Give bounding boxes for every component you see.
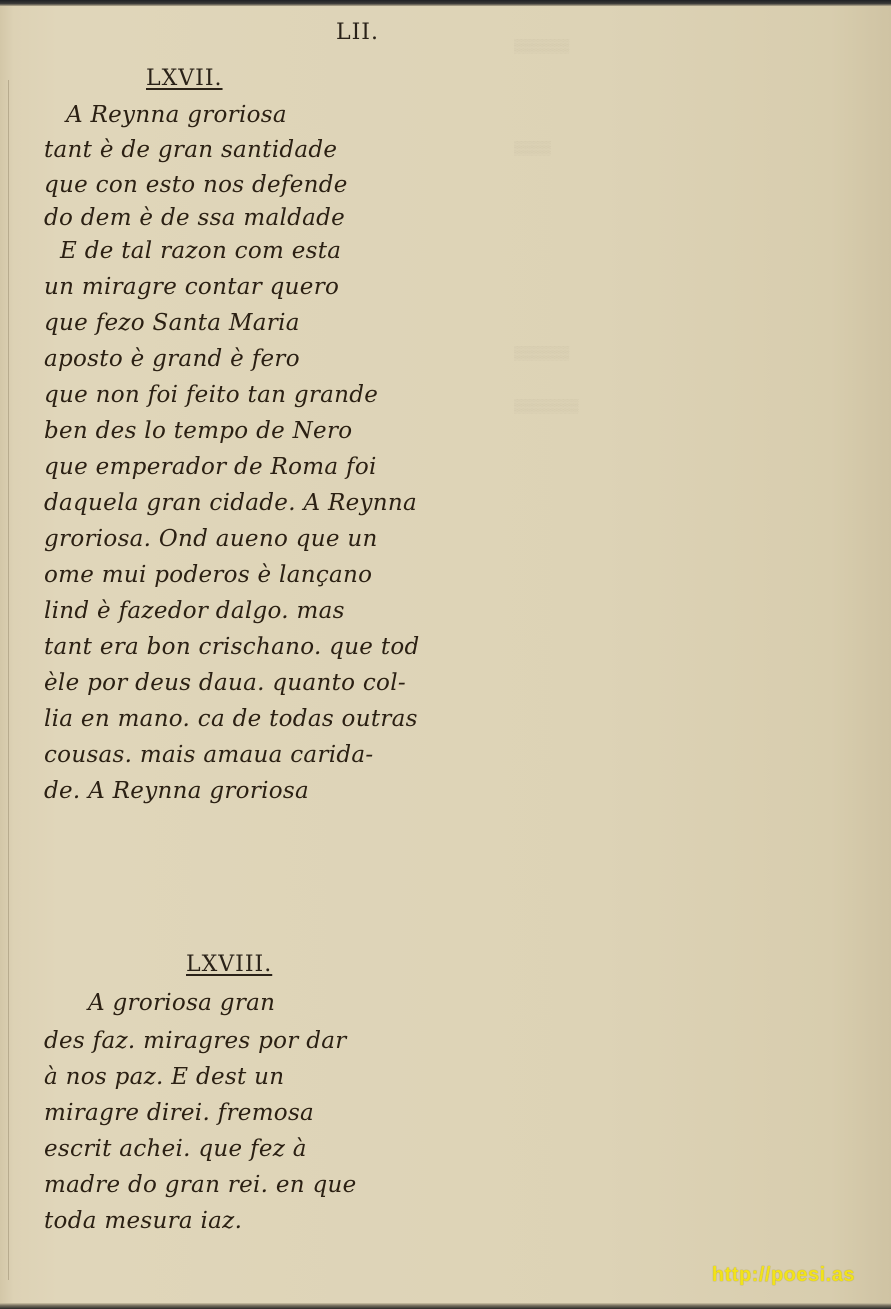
binding-margin-line — [8, 80, 9, 1280]
verse-line: que fezo Santa Maria — [44, 310, 300, 336]
verse-line: cousas. mais amaua carida- — [44, 742, 374, 768]
verse-line: miragre direi. fremosa — [44, 1100, 314, 1126]
page-number: LII. — [336, 20, 379, 45]
bleed-through-text: ▒▒▒▒▒▒ — [514, 38, 569, 54]
verse-line: lia en mano. ca de todas outras — [44, 706, 418, 732]
verse-line: ome mui poderos è lançano — [44, 562, 372, 588]
verse-line: tant è de gran santidade — [44, 137, 337, 163]
verse-line: de. A Reynna groriosa — [44, 778, 309, 804]
section-heading: LXVIII. — [186, 952, 272, 977]
verse-line: groriosa. Ond aueno que un — [44, 526, 378, 552]
verse-line: do dem è de ssa maldade — [44, 205, 345, 231]
verse-line: aposto è grand è fero — [44, 346, 300, 372]
page-top-edge — [0, 0, 891, 6]
verse-line: A Reynna groriosa — [66, 102, 287, 128]
bleed-through-text: ▒▒▒▒▒▒▒ — [514, 398, 578, 414]
bleed-through-text: ▒▒▒▒ — [514, 140, 551, 156]
verse-line: ben des lo tempo de Nero — [44, 418, 352, 444]
verse-line: toda mesura iaz. — [44, 1208, 242, 1234]
verse-line: tant era bon crischano. que tod — [44, 634, 420, 660]
verse-line: que emperador de Roma foi — [44, 454, 377, 480]
verse-line: que con esto nos defende — [44, 172, 348, 198]
manuscript-page: ▒▒▒▒▒▒ ▒▒▒▒ ▒▒▒▒▒▒ ▒▒▒▒▒▒▒ LII. LXVII. A… — [0, 0, 891, 1309]
verse-line: A groriosa gran — [88, 990, 275, 1016]
verse-line: madre do gran rei. en que — [44, 1172, 357, 1198]
watermark-link[interactable]: http://poesi.as — [712, 1264, 855, 1287]
verse-line: lind è fazedor dalgo. mas — [44, 598, 345, 624]
page-bottom-edge — [0, 1303, 891, 1309]
verse-line: des faz. miragres por dar — [44, 1028, 347, 1054]
section-heading: LXVII. — [146, 66, 223, 91]
verse-line: un miragre contar quero — [44, 274, 339, 300]
verse-line: escrit achei. que fez à — [44, 1136, 307, 1162]
verse-line: à nos paz. E dest un — [44, 1064, 284, 1090]
bleed-through-text: ▒▒▒▒▒▒ — [514, 345, 569, 361]
verse-line: daquela gran cidade. A Reynna — [44, 490, 417, 516]
verse-line: E de tal razon com esta — [60, 238, 341, 264]
verse-line: èle por deus daua. quanto col- — [44, 670, 406, 696]
verse-line: que non foi feito tan grande — [44, 382, 378, 408]
